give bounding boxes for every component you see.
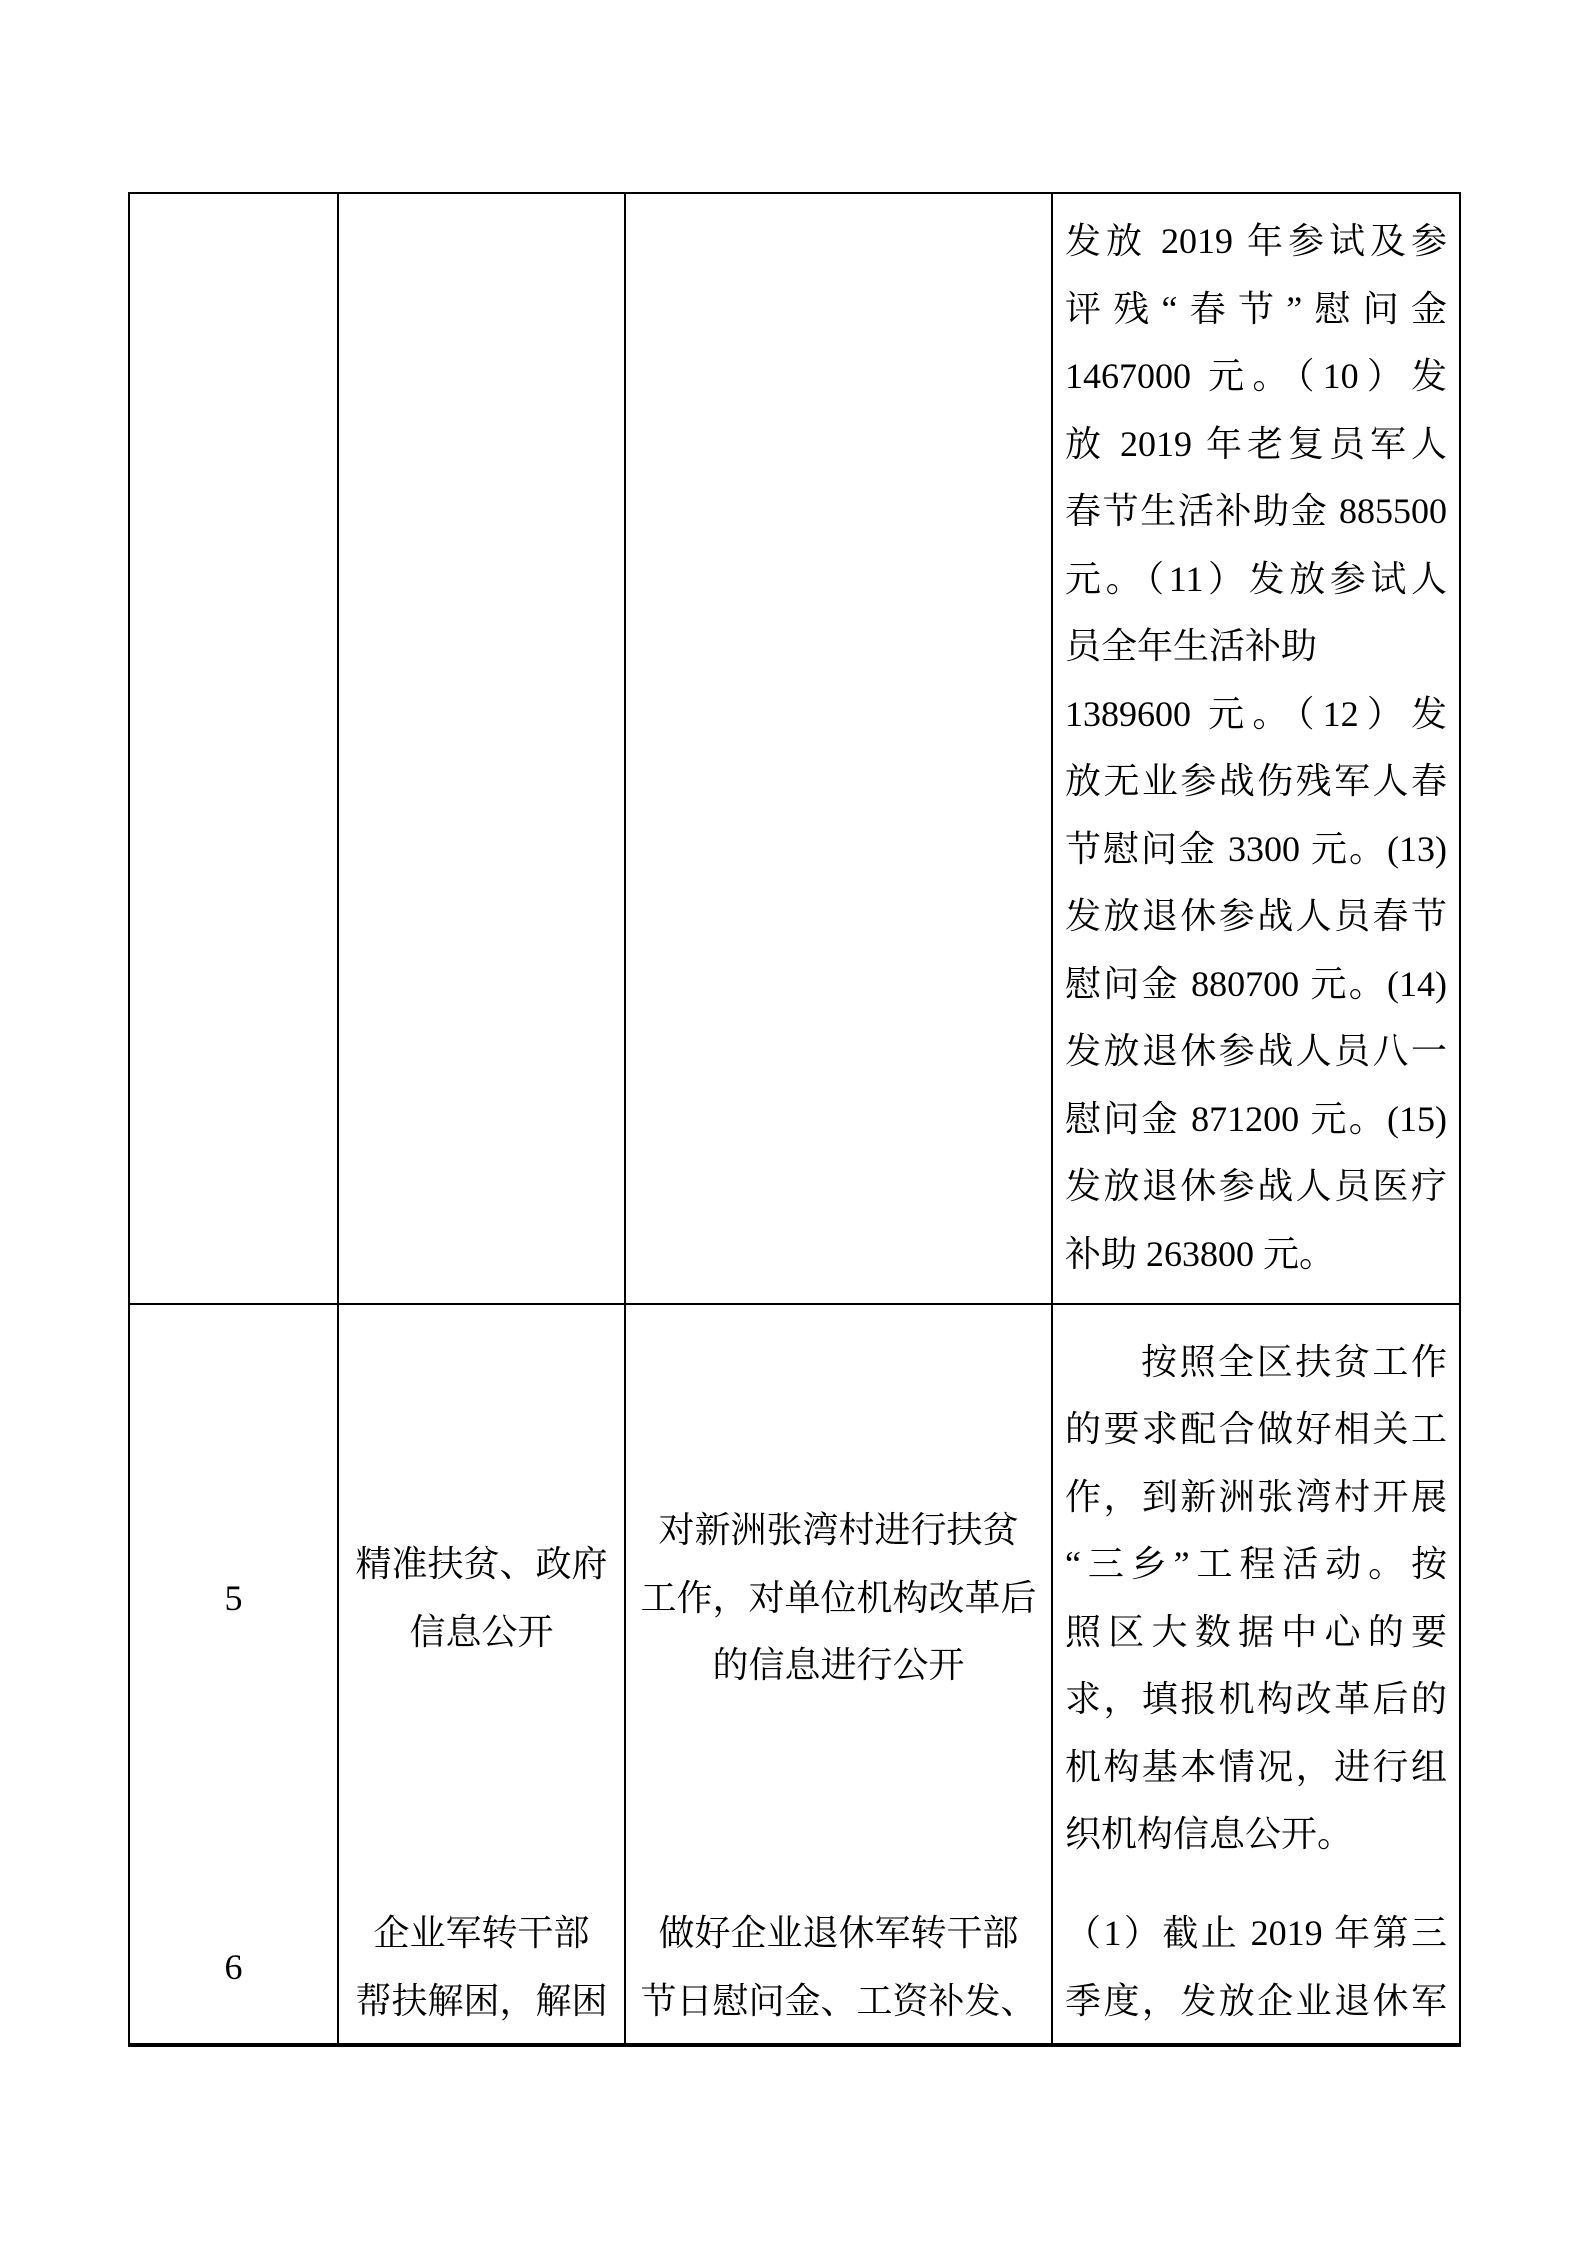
text-line: 评残“春节”慰问金: [1065, 276, 1447, 344]
text-line: 员全年生活补助: [1065, 613, 1447, 681]
seq-column: 5 6: [130, 1305, 339, 2043]
text-line: （1）截止 2019 年第三: [1065, 1900, 1447, 1968]
text-line: 发放 2019 年参试及参: [1065, 208, 1447, 276]
text-line: 发放退休参战人员八一: [1065, 1018, 1447, 1086]
row6-detail-cell: （1）截止 2019 年第三季度，发放企业退休军: [1053, 1892, 1459, 2043]
text-line: 作，到新洲张湾村开展: [1065, 1464, 1447, 1532]
text-line: 求，填报机构改革后的: [1065, 1666, 1447, 1734]
text-line: 节慰问金 3300 元。(13): [1065, 816, 1447, 884]
row6-category-cell: 企业军转干部帮扶解困，解困: [339, 1892, 624, 2043]
text-line: 补助 263800 元。: [1065, 1221, 1447, 1289]
continuation-task-cell: [626, 194, 1053, 1305]
row6-task-cell: 做好企业退休军转干部节日慰问金、工资补发、: [626, 1892, 1051, 2043]
text-line: “三乡”工程活动。按: [1065, 1531, 1447, 1599]
detail-column: 按照全区扶贫工作的要求配合做好相关工作，到新洲张湾村开展“三乡”工程活动。按照区…: [1053, 1305, 1459, 2043]
text-line: 季度，发放企业退休军: [1065, 1968, 1447, 2036]
category-column: 精准扶贫、政府信息公开 企业军转干部帮扶解困，解困: [339, 1305, 626, 2043]
continuation-seq-cell: [130, 194, 339, 1305]
text-line: 照区大数据中心的要: [1065, 1599, 1447, 1667]
text-line: 帮扶解困，解困: [349, 1968, 614, 2036]
text-line: 机构基本情况，进行组: [1065, 1734, 1447, 1802]
text-line: 慰问金 880700 元。(14): [1065, 951, 1447, 1019]
text-line: 慰问金 871200 元。(15): [1065, 1086, 1447, 1154]
text-line: 的要求配合做好相关工: [1065, 1396, 1447, 1464]
continuation-category-cell: [339, 194, 626, 1305]
text-line: 放 2019 年老复员军人: [1065, 411, 1447, 479]
row5-detail-cell: 按照全区扶贫工作的要求配合做好相关工作，到新洲张湾村开展“三乡”工程活动。按照区…: [1053, 1305, 1459, 1892]
text-line: 企业军转干部: [349, 1900, 614, 1968]
text-line: 做好企业退休军转干部: [638, 1900, 1039, 1968]
row6-seq-cell: 6: [130, 1892, 337, 2043]
text-line: 工作，对单位机构改革后: [638, 1565, 1039, 1633]
row5-task-cell: 对新洲张湾村进行扶贫工作，对单位机构改革后的信息进行公开: [626, 1305, 1051, 1892]
text-line: 春节生活补助金 885500: [1065, 478, 1447, 546]
text-line: 节日慰问金、工资补发、: [638, 1968, 1039, 2036]
text-line: 放无业参战伤残军人春: [1065, 748, 1447, 816]
text-line: 发放退休参战人员春节: [1065, 883, 1447, 951]
row6-seq-number: 6: [130, 1934, 337, 2002]
text-line: 对新洲张湾村进行扶贫: [638, 1497, 1039, 1565]
continuation-detail-cell: 发放 2019 年参试及参评残“春节”慰问金1467000 元。（10）发放 2…: [1053, 194, 1459, 1305]
page: { "colors": { "page_bg": "#ffffff", "tex…: [0, 0, 1587, 2245]
text-line: 信息公开: [349, 1599, 614, 1667]
row5-category-cell: 精准扶贫、政府信息公开: [339, 1305, 624, 1892]
text-line: 1467000 元。（10）发: [1065, 343, 1447, 411]
task-column: 对新洲张湾村进行扶贫工作，对单位机构改革后的信息进行公开 做好企业退休军转干部节…: [626, 1305, 1053, 2043]
text-line: 的信息进行公开: [638, 1632, 1039, 1700]
text-line: 织机构信息公开。: [1065, 1801, 1447, 1869]
text-line: 发放退休参战人员医疗: [1065, 1153, 1447, 1221]
report-table: 发放 2019 年参试及参评残“春节”慰问金1467000 元。（10）发放 2…: [128, 192, 1461, 2047]
row5-seq-number: 5: [130, 1565, 337, 1633]
text-line: 精准扶贫、政府: [349, 1531, 614, 1599]
text-line: 按照全区扶贫工作: [1065, 1329, 1447, 1397]
text-line: 1389600 元。（12）发: [1065, 681, 1447, 749]
row5-seq-cell: 5: [130, 1305, 337, 1892]
text-line: 元。（11）发放参试人: [1065, 546, 1447, 614]
